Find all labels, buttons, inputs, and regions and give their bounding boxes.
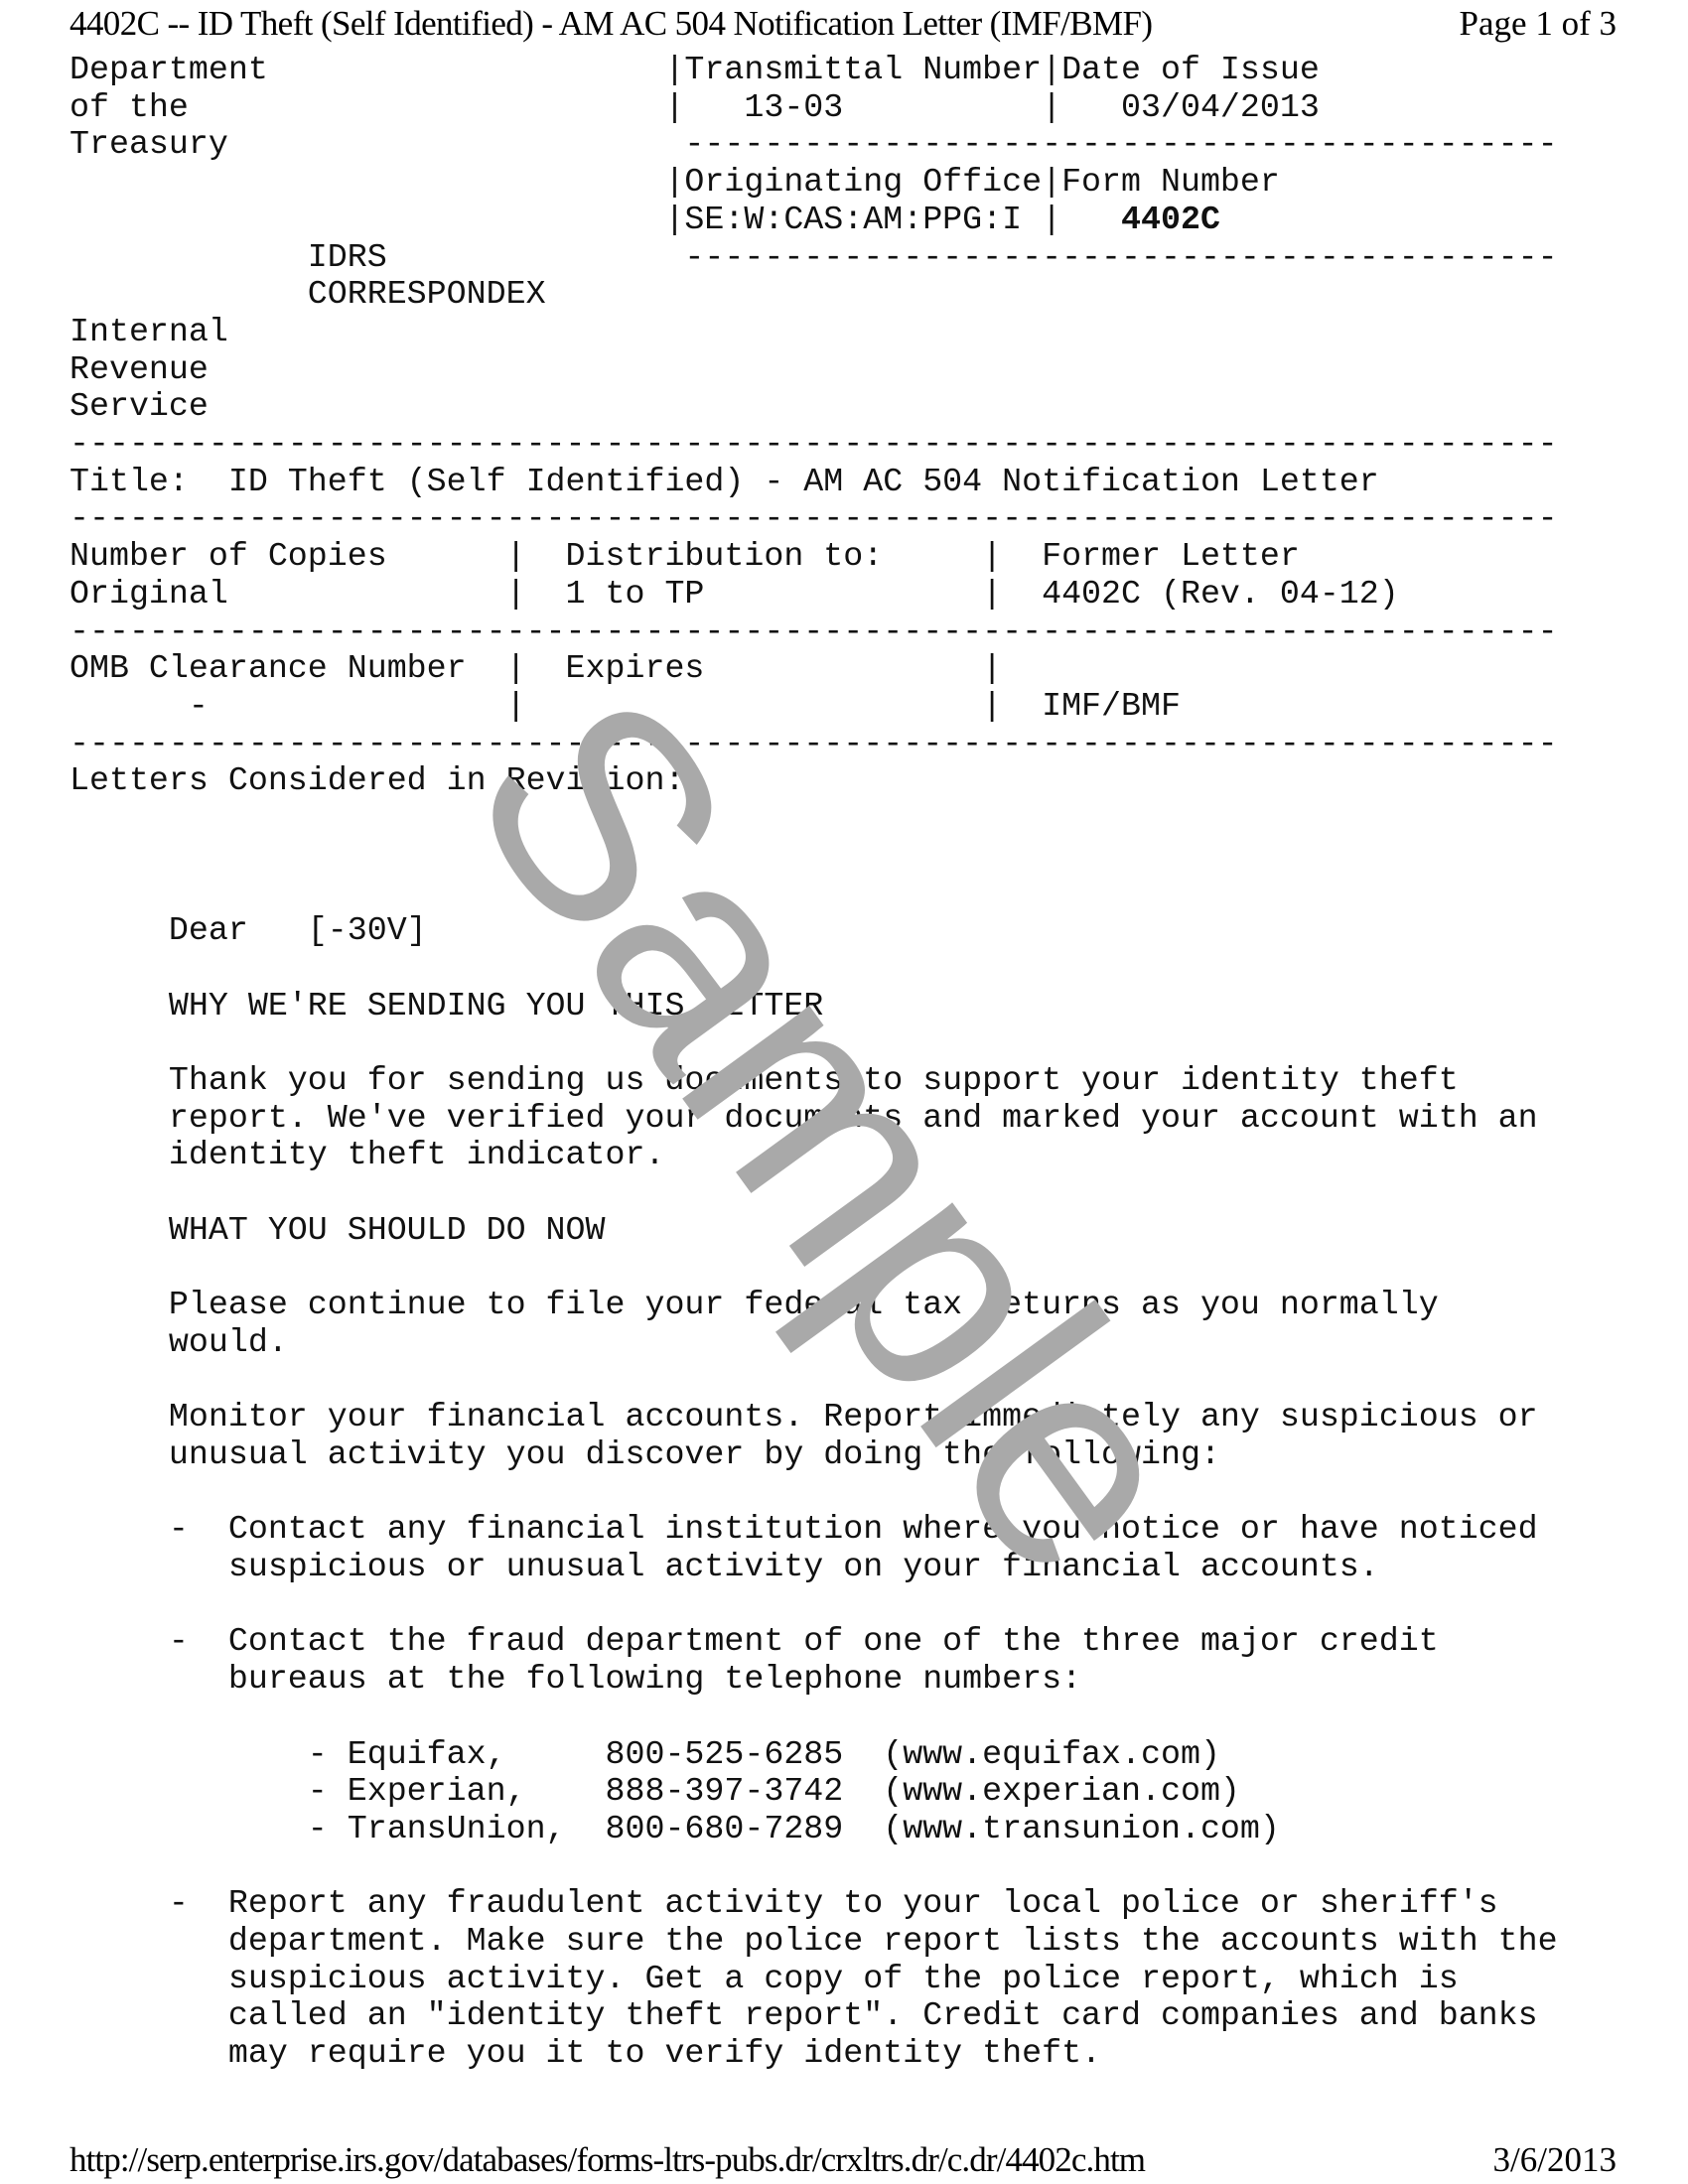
bullet-item-line: suspicious activity. Get a copy of the p… xyxy=(70,1961,1459,1998)
paragraph-line: Thank you for sending us documents to su… xyxy=(70,1062,1459,1100)
bullet-item-line: - Contact any financial institution wher… xyxy=(70,1511,1538,1549)
bullet-item-line: may require you it to verify identity th… xyxy=(70,2035,1101,2073)
credit-bureau-row: - Experian, 888-397-3742 (www.experian.c… xyxy=(70,1773,1240,1811)
agency-line: Revenue xyxy=(70,351,209,389)
header-row-transmittal-labels: Department |Transmittal Number|Date of I… xyxy=(70,52,1320,89)
omb-row-labels: OMB Clearance Number | Expires | xyxy=(70,650,1002,688)
header-row-transmittal-values: of the | 13-03 | 03/04/2013 xyxy=(70,89,1320,127)
agency-line: Service xyxy=(70,388,209,426)
bullet-item-line: - Report any fraudulent activity to your… xyxy=(70,1885,1498,1923)
header-row-office-labels: |Originating Office|Form Number xyxy=(70,164,1280,202)
letters-considered-label: Letters Considered in Revision: xyxy=(70,762,684,800)
paragraph-line: Please continue to file your federal tax… xyxy=(70,1287,1439,1324)
salutation: Dear [-30V] xyxy=(70,912,427,950)
paragraph-line: identity theft indicator. xyxy=(70,1137,664,1174)
section-heading: WHY WE'RE SENDING YOU THIS LETTER xyxy=(70,988,823,1025)
credit-bureau-row: - Equifax, 800-525-6285 (www.equifax.com… xyxy=(70,1736,1220,1774)
bullet-item-line: called an "identity theft report". Credi… xyxy=(70,1997,1538,2035)
omb-row-values: - | | IMF/BMF xyxy=(70,688,1181,726)
rule: ----------------------------------------… xyxy=(70,726,1558,763)
rule: ----------------------------------------… xyxy=(70,426,1558,464)
bullet-item-line: suspicious or unusual activity on your f… xyxy=(70,1549,1379,1586)
agency-line: Internal xyxy=(70,314,228,351)
credit-bureau-row: - TransUnion, 800-680-7289 (www.transuni… xyxy=(70,1811,1280,1848)
paragraph-line: would. xyxy=(70,1324,288,1362)
header-rule: Treasury -------------------------------… xyxy=(70,126,1558,164)
system-name: CORRESPONDEX xyxy=(70,276,546,314)
bullet-item-line: department. Make sure the police report … xyxy=(70,1923,1558,1961)
print-date: 3/6/2013 xyxy=(1493,2142,1617,2177)
section-heading: WHAT YOU SHOULD DO NOW xyxy=(70,1212,606,1250)
form-number: 4402C xyxy=(1121,201,1220,238)
rule: ----------------------------------------… xyxy=(70,500,1558,538)
document-header-title: 4402C -- ID Theft (Self Identified) - AM… xyxy=(70,6,1152,41)
header-row-office-values: |SE:W:CAS:AM:PPG:I | 4402C xyxy=(70,202,1220,239)
form-title: Title: ID Theft (Self Identified) - AM A… xyxy=(70,464,1379,501)
bullet-item-line: - Contact the fraud department of one of… xyxy=(70,1623,1439,1661)
info-row-labels: Number of Copies | Distribution to: | Fo… xyxy=(70,538,1300,576)
bullet-item-line: bureaus at the following telephone numbe… xyxy=(70,1661,1081,1699)
header-rule: IDRS -----------------------------------… xyxy=(70,239,1558,277)
page-indicator: Page 1 of 3 xyxy=(1460,6,1617,41)
paragraph-line: unusual activity you discover by doing t… xyxy=(70,1436,1220,1474)
rule: ----------------------------------------… xyxy=(70,614,1558,651)
paragraph-line: Monitor your financial accounts. Report … xyxy=(70,1399,1538,1436)
paragraph-line: report. We've verified your documents an… xyxy=(70,1100,1538,1138)
source-url[interactable]: http://serp.enterprise.irs.gov/databases… xyxy=(70,2142,1145,2177)
info-row-values: Original | 1 to TP | 4402C (Rev. 04-12) xyxy=(70,576,1399,614)
